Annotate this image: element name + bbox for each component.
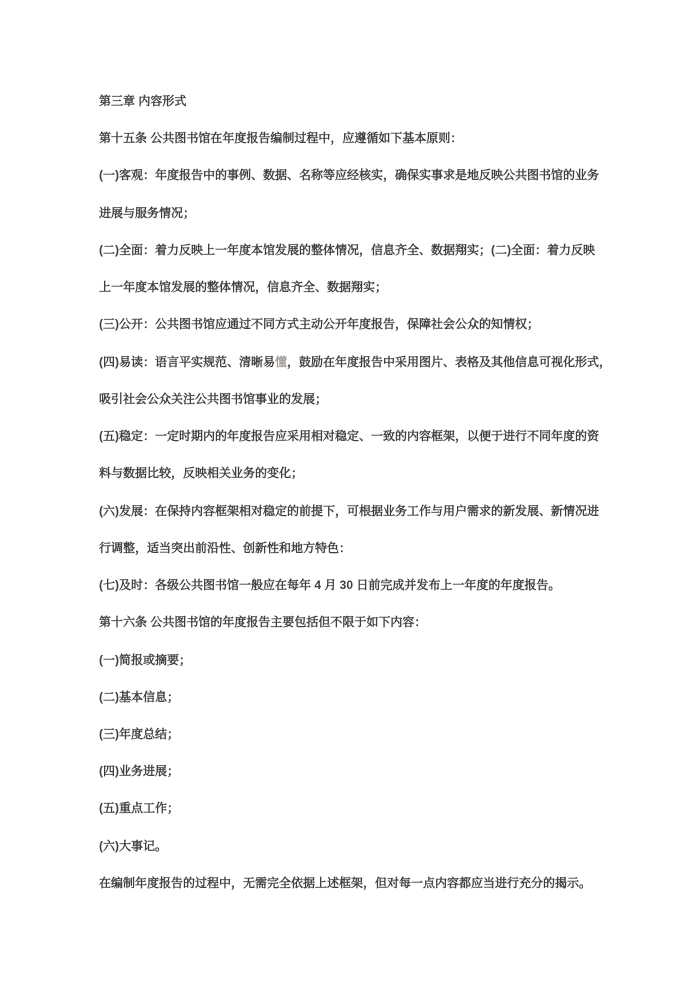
text-line: (五)稳定：一定时期内的年度报告应采用相对稳定、一致的内容框架，以便于进行不同年… bbox=[99, 418, 605, 455]
text-line: 料与数据比较，反映相关业务的变化； bbox=[99, 455, 605, 492]
document-page: 第三章 内容形式 第十五条 公共图书馆在年度报告编制过程中，应遵循如下基本原则：… bbox=[0, 0, 700, 990]
article-15-heading: 第十五条 公共图书馆在年度报告编制过程中，应遵循如下基本原则： bbox=[99, 120, 605, 157]
text-line: (四)易读：语言平实规范、清晰易懂，鼓励在年度报告中采用图片、表格及其他信息可视… bbox=[99, 344, 605, 381]
text-line: (三)公开：公共图书馆应通过不同方式主动公开年度报告，保障社会公众的知情权； bbox=[99, 306, 605, 343]
document-text-block: 第三章 内容形式 第十五条 公共图书馆在年度报告编制过程中，应遵循如下基本原则：… bbox=[99, 83, 605, 902]
list-item: (一)简报或摘要； bbox=[99, 642, 605, 679]
text-segment: (四)易读：语言平实规范、清晰易 bbox=[99, 355, 275, 369]
text-line: 进展与服务情况； bbox=[99, 195, 605, 232]
text-line: (七)及时：各级公共图书馆一般应在每年 4 月 30 日前完成并发布上一年度的年… bbox=[99, 567, 605, 604]
text-line: (二)全面：着力反映上一年度本馆发展的整体情况，信息齐全、数据翔实；(二)全面：… bbox=[99, 232, 605, 269]
text-line: (六)发展：在保持内容框架相对稳定的前提下，可根据业务工作与用户需求的新发展、新… bbox=[99, 493, 605, 530]
text-line: 上一年度本馆发展的整体情况，信息齐全、数据翔实； bbox=[99, 269, 605, 306]
text-line: 在编制年度报告的过程中，无需完全依据上述框架，但对每一点内容都应当进行充分的揭示… bbox=[99, 865, 605, 902]
list-item: (二)基本信息； bbox=[99, 679, 605, 716]
highlighted-char: 懂 bbox=[275, 355, 287, 369]
list-item: (六)大事记。 bbox=[99, 828, 605, 865]
list-item: (四)业务进展； bbox=[99, 753, 605, 790]
list-item: (三)年度总结； bbox=[99, 716, 605, 753]
text-line: (一)客观：年度报告中的事例、数据、名称等应经核实，确保实事求是地反映公共图书馆… bbox=[99, 157, 605, 194]
text-line: 行调整，适当突出前沿性、创新性和地方特色： bbox=[99, 530, 605, 567]
text-segment: ，鼓励在年度报告中采用图片、表格及其他信息可视化形式， bbox=[287, 355, 611, 369]
list-item: (五)重点工作； bbox=[99, 790, 605, 827]
article-16-heading: 第十六条 公共图书馆的年度报告主要包括但不限于如下内容： bbox=[99, 604, 605, 641]
chapter-heading: 第三章 内容形式 bbox=[99, 83, 605, 120]
text-line: 吸引社会公众关注公共图书馆事业的发展； bbox=[99, 381, 605, 418]
